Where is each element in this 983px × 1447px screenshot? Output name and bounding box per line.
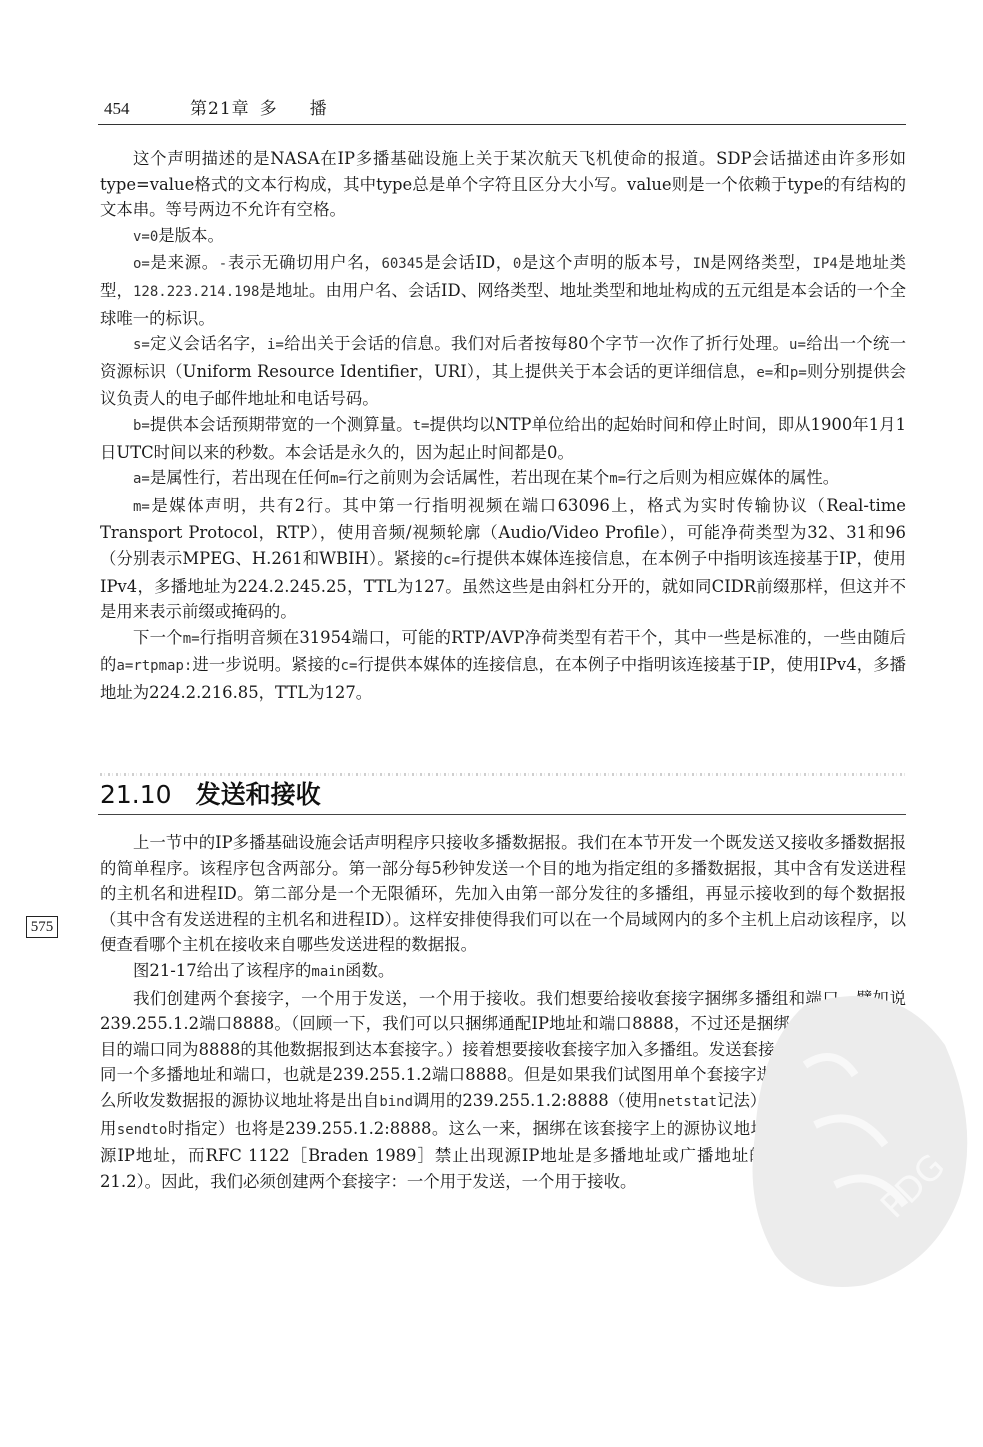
code-literal: sendto xyxy=(117,1122,168,1138)
code-literal: m= xyxy=(609,471,626,487)
paragraph: 上一节中的IP多播基础设施会话声明程序只接收多播数据报。我们在本节开发一个既发送… xyxy=(100,830,906,958)
code-literal: e= xyxy=(756,365,773,381)
code-literal: i= xyxy=(267,337,284,353)
text-run: 定义会话名字， xyxy=(150,334,267,353)
code-literal: 128.223.214.198 xyxy=(133,284,259,300)
code-literal: c= xyxy=(443,552,460,568)
chapter-title-part1: 多 xyxy=(260,99,278,119)
text-run: 下一个 xyxy=(133,628,183,647)
text-run: 这个声明描述的是NASA在IP多播基础设施上关于某次航天飞机使命的报道。SDP会… xyxy=(100,149,906,219)
text-run: 给出关于会话的信息。我们对后者按每80个字节一次作了折行处理。 xyxy=(284,334,789,353)
chapter-number: 第21章 xyxy=(190,99,250,119)
text-run: 和 xyxy=(773,362,790,381)
code-literal: 0 xyxy=(513,256,521,272)
text-run: 表示无确切用户名， xyxy=(227,253,381,272)
code-literal: v=0 xyxy=(133,229,158,245)
text-run: 是网络类型， xyxy=(709,253,812,272)
section-body-sdp-description: 这个声明描述的是NASA在IP多播基础设施上关于某次航天飞机使命的报道。SDP会… xyxy=(100,146,906,705)
paragraph: 我们创建两个套接字，一个用于发送，一个用于接收。我们想要给接收套接字捆绑多播组和… xyxy=(100,986,906,1195)
code-literal: netstat xyxy=(658,1094,717,1110)
code-literal: b= xyxy=(133,418,150,434)
paragraph: a=是属性行，若出现在任何m=行之前则为会话属性，若出现在某个m=行之后则为相应… xyxy=(100,465,906,493)
text-run: 函数。 xyxy=(345,961,394,980)
text-run: 调用的239.255.1.2:8888（使用 xyxy=(413,1091,658,1110)
code-literal: a= xyxy=(133,471,150,487)
paragraph: b=提供本会话预期带宽的一个测算量。t=提供均以NTP单位给出的起始时间和停止时… xyxy=(100,412,906,465)
text-run: 时指定）也将是239.255.1.2:8888。这么一来，捆绑在该套接字上的源协… xyxy=(100,1119,906,1191)
text-run: 提供本会话预期带宽的一个测算量。 xyxy=(150,415,413,434)
code-literal: - xyxy=(219,256,227,272)
chapter-title: 第21章多播 xyxy=(190,96,328,122)
text-run: 是版本。 xyxy=(158,226,224,245)
text-run: 行之后则为相应媒体的属性。 xyxy=(626,468,839,487)
paragraph: m=是媒体声明，共有2行。其中第一行指明视频在端口63096上，格式为实时传输协… xyxy=(100,493,906,625)
paragraph: 图21-17给出了该程序的main函数。 xyxy=(100,958,906,986)
section-body-send-receive: 上一节中的IP多播基础设施会话声明程序只接收多播数据报。我们在本节开发一个既发送… xyxy=(100,830,906,1194)
text-run: 上一节中的IP多播基础设施会话声明程序只接收多播数据报。我们在本节开发一个既发送… xyxy=(100,833,906,954)
chapter-title-part2: 播 xyxy=(310,99,328,119)
code-literal: s= xyxy=(133,337,150,353)
code-literal: m= xyxy=(133,499,150,515)
text-run: 图21-17给出了该程序的 xyxy=(133,961,311,980)
paragraph: 这个声明描述的是NASA在IP多播基础设施上关于某次航天飞机使命的报道。SDP会… xyxy=(100,146,906,223)
code-literal: a=rtpmap: xyxy=(116,658,192,674)
text-run: 是会话ID， xyxy=(424,253,513,272)
code-literal: main xyxy=(311,964,345,980)
code-literal: bind xyxy=(379,1094,413,1110)
margin-page-marker: 575 xyxy=(26,916,58,938)
code-literal: p= xyxy=(790,365,807,381)
header-rule xyxy=(98,124,906,125)
section-number: 21.10 xyxy=(100,780,172,809)
code-literal: IN xyxy=(693,256,710,272)
paragraph: v=0是版本。 xyxy=(100,223,906,251)
running-header: 454 第21章多播 xyxy=(100,96,906,122)
code-literal: m= xyxy=(183,631,200,647)
code-literal: u= xyxy=(789,337,806,353)
code-literal: c= xyxy=(341,658,358,674)
page-number: 454 xyxy=(104,96,130,122)
section-rule xyxy=(98,814,906,815)
code-literal: o= xyxy=(133,256,150,272)
paragraph: o=是来源。-表示无确切用户名，60345是会话ID，0是这个声明的版本号，IN… xyxy=(100,250,906,331)
text-run: 是这个声明的版本号， xyxy=(521,253,692,272)
section-title: 发送和接收 xyxy=(196,780,321,809)
text-run: 行之前则为会话属性，若出现在某个 xyxy=(347,468,609,487)
scan-noise-divider xyxy=(100,773,906,776)
paragraph: s=定义会话名字，i=给出关于会话的信息。我们对后者按每80个字节一次作了折行处… xyxy=(100,331,906,412)
code-literal: IP4 xyxy=(812,256,837,272)
text-run: 进一步说明。紧接的 xyxy=(192,655,340,674)
paragraph: 下一个m=行指明音频在31954端口，可能的RTP/AVP净荷类型有若干个，其中… xyxy=(100,625,906,706)
code-literal: 60345 xyxy=(381,256,423,272)
code-literal: m= xyxy=(330,471,347,487)
text-run: 是属性行，若出现在任何 xyxy=(150,468,330,487)
code-literal: t= xyxy=(413,418,430,434)
section-heading: 21.10发送和接收 xyxy=(100,777,321,813)
text-run: 是来源。 xyxy=(150,253,219,272)
